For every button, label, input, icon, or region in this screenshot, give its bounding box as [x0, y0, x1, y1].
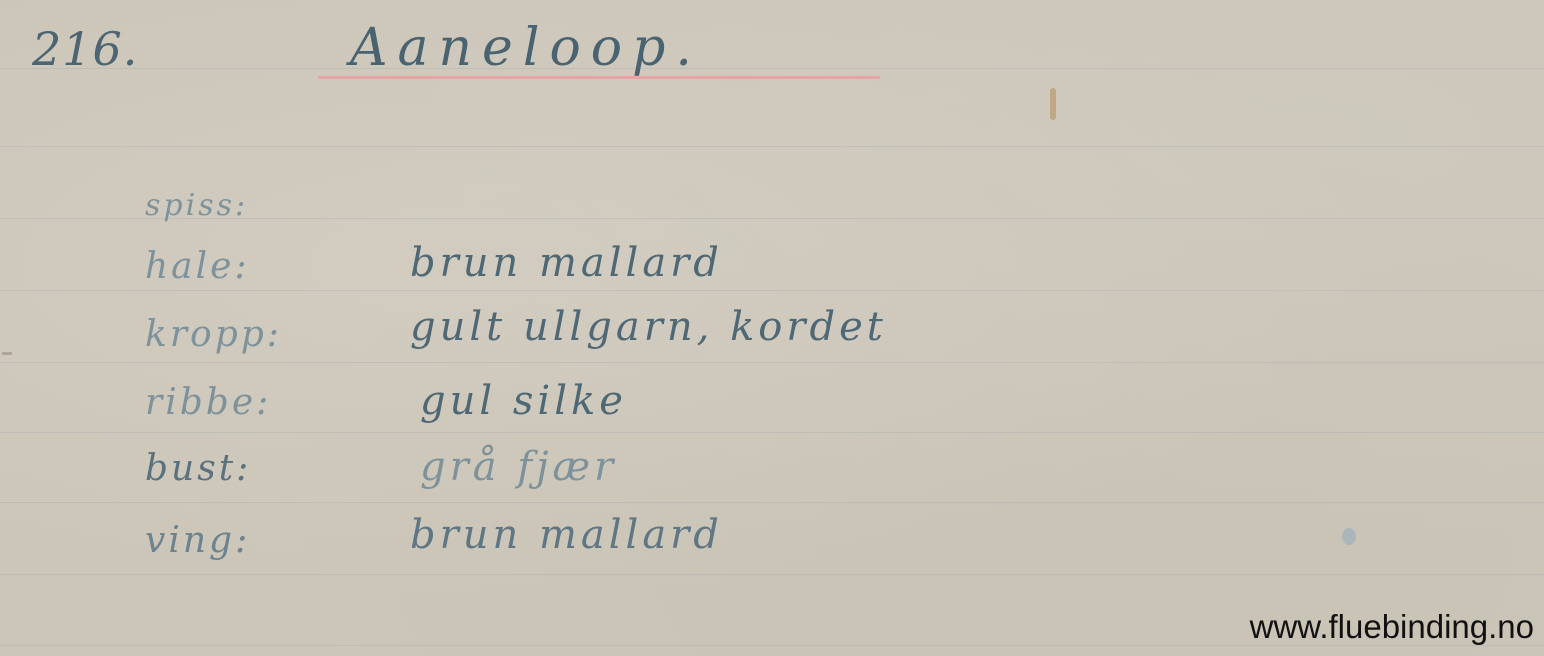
- recipe-value: grå fjær: [420, 444, 617, 490]
- paper-stain: [1050, 88, 1056, 120]
- ink-spot: [1342, 528, 1356, 545]
- entry-number: 216.: [32, 22, 138, 76]
- recipe-value: brun mallard: [410, 240, 723, 286]
- recipe-label: ribbe:: [145, 382, 271, 423]
- recipe-title: Aaneloop.: [350, 18, 702, 78]
- recipe-label: kropp:: [145, 314, 282, 355]
- ruled-line: [0, 432, 1544, 433]
- recipe-label: spiss:: [145, 188, 248, 223]
- ruled-line: [0, 502, 1544, 503]
- ruled-line: [0, 290, 1544, 291]
- ruled-line: [0, 574, 1544, 575]
- ruled-line: [0, 362, 1544, 363]
- title-underline: [318, 76, 880, 79]
- notebook-page: 216. Aaneloop. spiss: hale: brun mallard…: [0, 0, 1544, 656]
- recipe-value: brun mallard: [410, 512, 723, 558]
- recipe-value: gult ullgarn, kordet: [410, 304, 887, 350]
- recipe-label: bust:: [145, 448, 251, 489]
- ruled-line: [0, 68, 1544, 69]
- recipe-label: ving:: [145, 520, 250, 561]
- recipe-label: hale:: [145, 246, 250, 287]
- ruled-line: [0, 146, 1544, 147]
- watermark-link[interactable]: www.fluebinding.no: [1250, 608, 1534, 646]
- margin-mark: [2, 352, 12, 355]
- recipe-value: gul silke: [420, 378, 627, 424]
